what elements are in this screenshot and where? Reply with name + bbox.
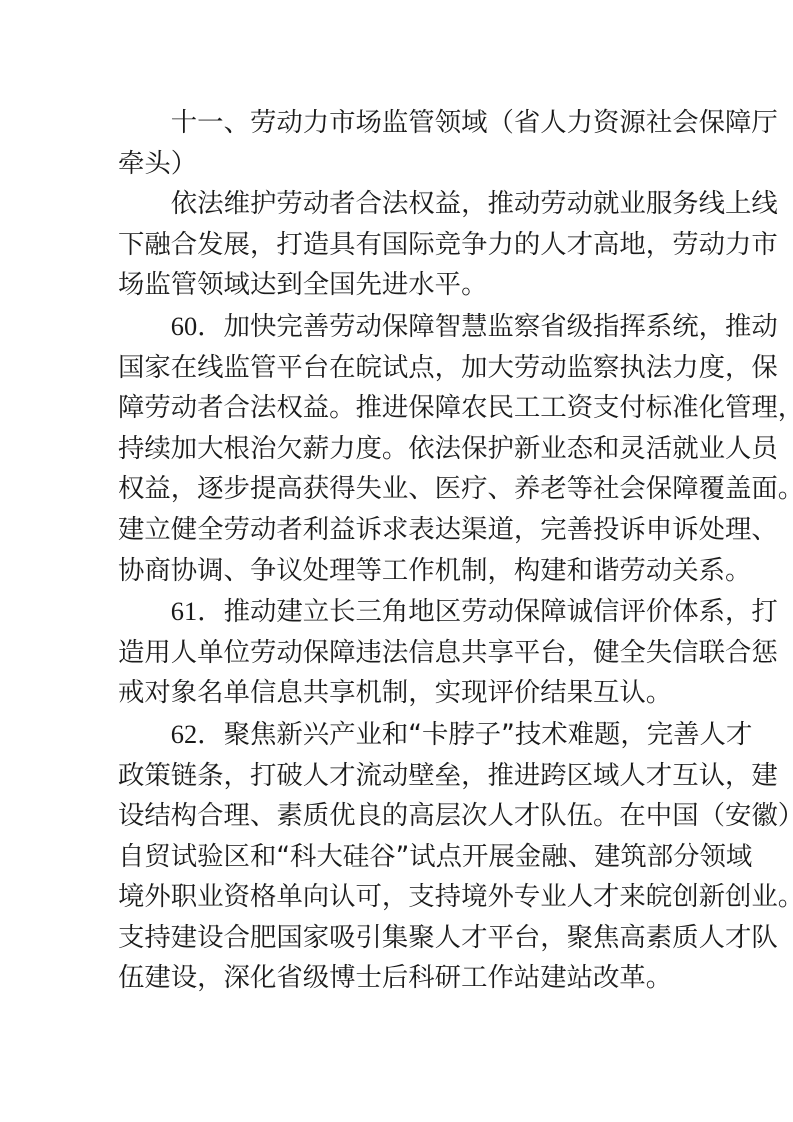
text-line: 国家在线监管平台在皖试点，加大劳动监察执法力度，保 bbox=[118, 348, 674, 389]
text-line: 依法维护劳动者合法权益，推动劳动就业服务线上线 bbox=[118, 184, 674, 225]
text-line: 戒对象名单信息共享机制，实现评价结果互认。 bbox=[118, 673, 674, 714]
item-number: 61． bbox=[171, 596, 224, 626]
paragraph-item-62: 62．聚焦新兴产业和“卡脖子”技术难题，完善人才 政策链条，打破人才流动壁垒，推… bbox=[118, 714, 674, 999]
text-line: 政策链条，打破人才流动壁垒，推进跨区域人才互认，建 bbox=[118, 756, 674, 797]
text-line: 自贸试验区和“科大硅谷”试点开展金融、建筑部分领域 bbox=[118, 837, 674, 878]
text-segment: 推动建立长三角地区劳动保障诚信评价体系，打 bbox=[224, 596, 778, 627]
text-line: 牵头） bbox=[118, 144, 674, 185]
section-heading: 十一、劳动力市场监管领域（省人力资源社会保障厅 牵头） bbox=[118, 103, 674, 184]
text-line: 造用人单位劳动保障违法信息共享平台，健全失信联合惩 bbox=[118, 633, 674, 674]
text-line: 建立健全劳动者利益诉求表达渠道，完善投诉申诉处理、 bbox=[118, 510, 674, 551]
text-segment: 聚焦新兴产业和“卡脖子”技术难题，完善人才 bbox=[224, 719, 753, 750]
text-line: 60．加快完善劳动保障智慧监察省级指挥系统，推动 bbox=[118, 306, 674, 348]
text-segment: 加快完善劳动保障智慧监察省级指挥系统，推动 bbox=[224, 311, 778, 342]
text-line: 境外职业资格单向认可，支持境外专业人才来皖创新创业。 bbox=[118, 877, 674, 918]
text-line: 设结构合理、素质优良的高层次人才队伍。在中国（安徽） bbox=[118, 796, 674, 837]
text-line: 伍建设，深化省级博士后科研工作站建站改革。 bbox=[118, 958, 674, 999]
text-line: 权益，逐步提高获得失业、医疗、养老等社会保障覆盖面。 bbox=[118, 469, 674, 510]
paragraph-intro: 依法维护劳动者合法权益，推动劳动就业服务线上线 下融合发展，打造具有国际竞争力的… bbox=[118, 184, 674, 306]
text-line: 场监管领域达到全国先进水平。 bbox=[118, 265, 674, 306]
item-number: 62． bbox=[171, 719, 224, 749]
text-line: 61．推动建立长三角地区劳动保障诚信评价体系，打 bbox=[118, 591, 674, 633]
text-line: 下融合发展，打造具有国际竞争力的人才高地，劳动力市 bbox=[118, 225, 674, 266]
item-number: 60． bbox=[171, 311, 224, 341]
text-line: 协商协调、争议处理等工作机制，构建和谐劳动关系。 bbox=[118, 551, 674, 592]
paragraph-item-61: 61．推动建立长三角地区劳动保障诚信评价体系，打 造用人单位劳动保障违法信息共享… bbox=[118, 591, 674, 714]
paragraph-item-60: 60．加快完善劳动保障智慧监察省级指挥系统，推动 国家在线监管平台在皖试点，加大… bbox=[118, 306, 674, 591]
text-line: 持续加大根治欠薪力度。依法保护新业态和灵活就业人员 bbox=[118, 429, 674, 470]
document-page: 十一、劳动力市场监管领域（省人力资源社会保障厅 牵头） 依法维护劳动者合法权益，… bbox=[118, 103, 674, 999]
text-line: 十一、劳动力市场监管领域（省人力资源社会保障厅 bbox=[118, 103, 674, 144]
text-line: 障劳动者合法权益。推进保障农民工工资支付标准化管理， bbox=[118, 388, 674, 429]
text-line: 62．聚焦新兴产业和“卡脖子”技术难题，完善人才 bbox=[118, 714, 674, 756]
text-line: 支持建设合肥国家吸引集聚人才平台，聚焦高素质人才队 bbox=[118, 918, 674, 959]
